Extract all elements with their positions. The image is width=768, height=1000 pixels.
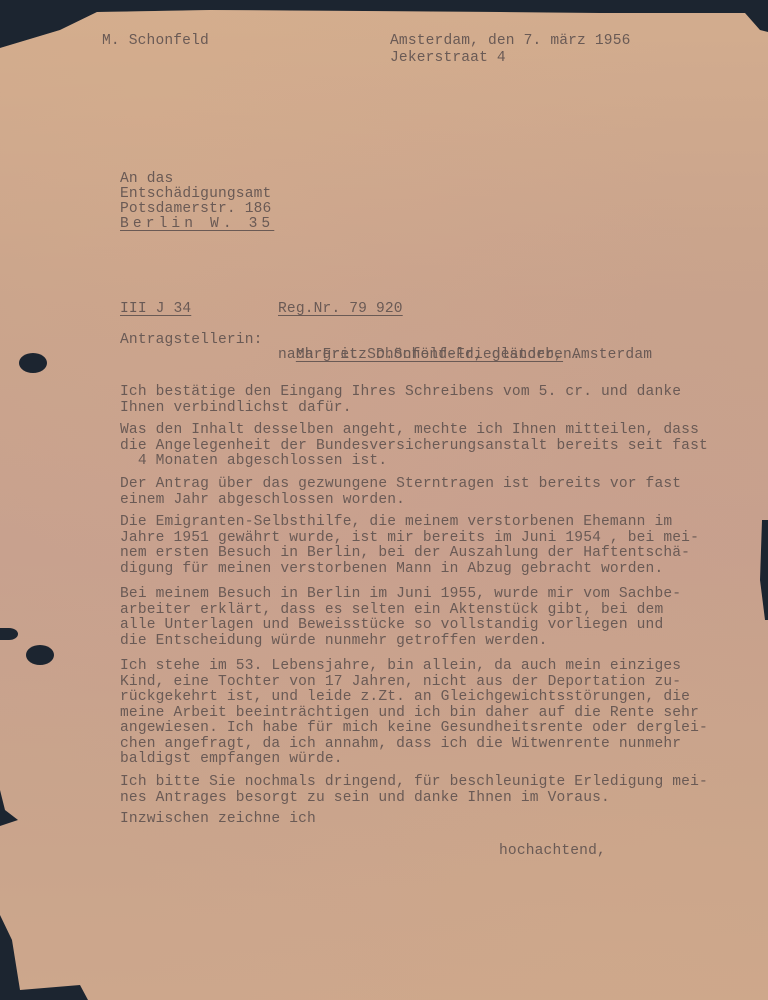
paragraph-line: angewiesen. Ich habe für mich keine Gesu… [120,721,708,737]
paragraph-line: digung für meinen verstorbenen Mann in A… [120,562,699,578]
paragraph-line: Kind, eine Tochter von 17 Jahren, nicht … [120,675,708,691]
paragraph-line: Ich bestätige den Eingang Ihres Schreibe… [120,385,681,401]
recipient-line-1: An das [120,172,173,187]
paragraph-5: Bei meinem Besuch in Berlin im Juni 1955… [120,587,681,649]
paragraph-8: Inzwischen zeichne ich [120,812,316,828]
file-code: III J 34 [120,302,191,317]
paragraph-1: Ich bestätige den Eingang Ihres Schreibe… [120,385,681,416]
paragraph-6: Ich stehe im 53. Lebensjahre, bin allein… [120,659,708,768]
sender-name: M. Schonfeld [102,34,209,49]
paragraph-line: Ihnen verbindlichst dafür. [120,401,681,417]
paragraph-line: Bei meinem Besuch in Berlin im Juni 1955… [120,587,681,603]
registration-number: Reg.Nr. 79 920 [278,302,403,317]
paragraph-line: Ich stehe im 53. Lebensjahre, bin allein… [120,659,708,675]
punch-hole-top [19,353,47,373]
applicant-line-2: nach Fritz D.Schönfeld, gestorben. [278,348,581,363]
recipient-line-3: Potsdamerstr. 186 [120,202,271,217]
paragraph-line: nem ersten Besuch in Berlin, bei der Aus… [120,546,699,562]
recipient-city: Berlin W. 35 [120,217,274,232]
paragraph-line: Ich bitte Sie nochmals dringend, für bes… [120,775,708,791]
place-date: Amsterdam, den 7. märz 1956 [390,34,631,49]
edge-tear [0,628,18,640]
paragraph-line: alle Unterlagen und Beweisstücke so voll… [120,618,681,634]
paragraph-line: chen angefragt, da ich annahm, dass ich … [120,737,708,753]
closing: hochachtend, [499,844,606,859]
paragraph-line: meine Arbeit beeinträchtigen und ich bin… [120,706,708,722]
paragraph-4: Die Emigranten-Selbsthilfe, die meinem v… [120,515,699,577]
paragraph-line: rückgekehrt ist, und leide z.Zt. an Glei… [120,690,708,706]
paragraph-line: nes Antrages besorgt zu sein und danke I… [120,791,708,807]
paragraph-line: Der Antrag über das gezwungene Sterntrag… [120,477,681,493]
paragraph-line: Was den Inhalt desselben angeht, mechte … [120,423,708,439]
paragraph-line: arbeiter erklärt, dass es selten ein Akt… [120,603,681,619]
paragraph-line: Inzwischen zeichne ich [120,812,316,828]
paragraph-2: Was den Inhalt desselben angeht, mechte … [120,423,708,470]
paragraph-line: einem Jahr abgeschlossen worden. [120,493,681,509]
paragraph-3: Der Antrag über das gezwungene Sterntrag… [120,477,681,508]
paragraph-7: Ich bitte Sie nochmals dringend, für bes… [120,775,708,806]
paragraph-line: 4 Monaten abgeschlossen ist. [120,454,708,470]
paragraph-line: Jahre 1951 gewährt wurde, ist mir bereit… [120,531,699,547]
paragraph-line: baldigst empfangen würde. [120,752,708,768]
punch-hole-bottom [26,645,54,665]
sender-street: Jekerstraat 4 [390,51,506,66]
paragraph-line: die Entscheidung würde nunmehr getroffen… [120,634,681,650]
paragraph-line: die Angelegenheit der Bundesversicherung… [120,439,708,455]
paragraph-line: Die Emigranten-Selbsthilfe, die meinem v… [120,515,699,531]
applicant-label: Antragstellerin: [120,333,263,348]
recipient-line-2: Entschädigungsamt [120,187,271,202]
